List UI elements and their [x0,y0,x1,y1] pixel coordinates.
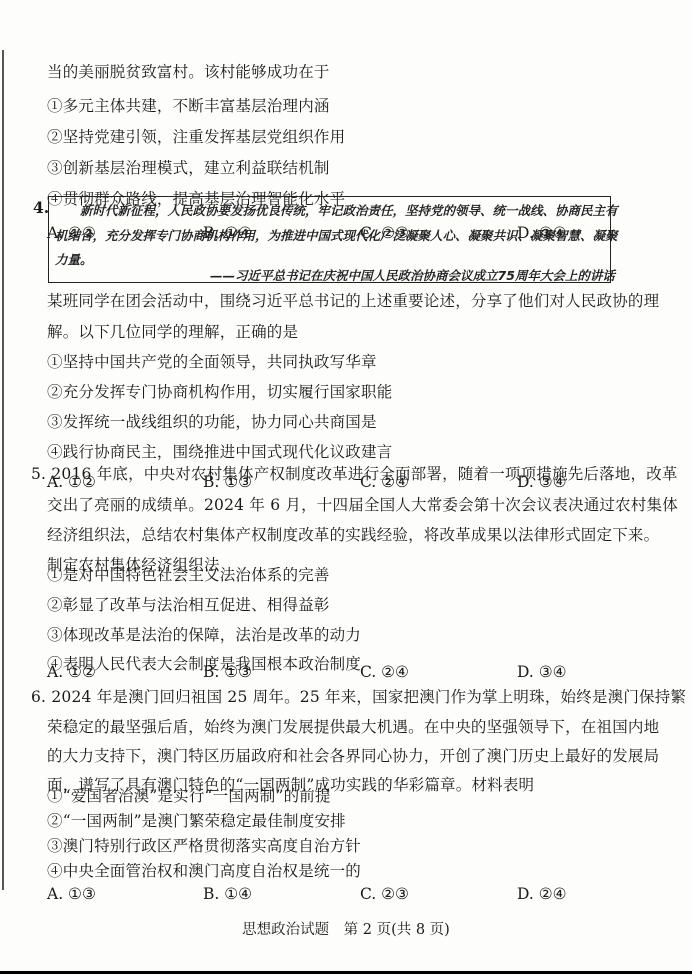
q6-option-a: A. ①③ [47,885,96,903]
q4-stem-line-2: 解。以下几位同学的理解，正确的是 [47,322,298,342]
q4-statement-2: ②充分发挥专门协商机构作用，切实履行国家职能 [47,382,392,402]
q6-statement-4: ④中央全面管治权和澳门高度自治权是统一的 [47,861,361,881]
q6-option-b: B. ①④ [203,885,252,903]
q3-statement-3: ③创新基层治理模式，建立利益联结机制 [47,158,330,178]
q5-stem-line-3: 经济组织法，总结农村集体产权制度改革的实践经验，将改革成果以法律形式固定下来。 [47,525,659,545]
q3-stem-end: 当的美丽脱贫致富村。该村能够成功在于 [47,62,330,82]
q4-quote-line-1: 新时代新征程，人民政协要发扬优良传统，牢记政治责任，坚持党的领导、统一战线、协商… [80,203,618,219]
q5-options: A. ①② B. ①③ C. ②④ D. ③④ [47,663,647,683]
q5-statement-3: ③体现改革是法治的保障，法治是改革的动力 [47,625,361,645]
q5-statement-2: ②彰显了改革与法治相互促进、相得益彰 [47,595,330,615]
q4-quote-line-2: 机结合，充分发挥专门协商机构作用，为推进中国式现代化广泛凝聚人心、凝聚共识、凝聚… [55,228,618,244]
q4-quote-line-3: 力量。 [55,252,93,268]
q5-stem-line-1: 5. 2016 年底，中央对农村集体产权制度改革进行全面部署，随着一项项措施先后… [31,464,678,484]
q6-stem-line-2: 荣稳定的最坚强后盾，始终为澳门发展提供最大机遇。在中央的坚强领导下，在祖国内地 [47,717,659,737]
page-bottom-border [0,971,692,974]
q3-statement-1: ①多元主体共建，不断丰富基层治理内涵 [47,96,330,116]
q4-number: 4. [33,198,49,217]
q5-option-c: C. ②④ [360,663,409,681]
q4-statement-4: ④践行协商民主，围绕推进中国式现代化议政建言 [47,442,392,462]
q6-statement-1: ①“爱国者治澳”是实行“一国两制”的前提 [47,786,331,806]
q4-stem-line-1: 某班同学在团会活动中，围绕习近平总书记的上述重要论述，分享了他们对人民政协的理 [47,291,659,311]
q6-statement-3: ③澳门特别行政区严格贯彻落实高度自治方针 [47,836,361,856]
q5-option-d: D. ③④ [517,663,567,681]
q5-option-a: A. ①② [47,663,96,681]
q4-quote-source: ——习近平总书记在庆祝中国人民政治协商会议成立75周年大会上的讲话 [210,268,615,284]
q6-statement-2: ②“一国两制”是澳门繁荣稳定最佳制度安排 [47,811,346,831]
q4-statement-1: ①坚持中国共产党的全面领导，共同执政写华章 [47,352,377,372]
q6-stem-line-3: 的大力支持下，澳门特区历届政府和社会各界同心协力，开创了澳门历史上最好的发展局 [47,746,659,766]
q6-option-c: C. ②③ [360,885,409,903]
q6-stem-line-1: 6. 2024 年是澳门回归祖国 25 周年。25 年来，国家把澳门作为掌上明珠… [31,687,686,707]
q5-statement-1: ①是对中国特色社会主义法治体系的完善 [47,565,330,585]
q5-stem-line-2: 交出了亮丽的成绩单。2024 年 6 月，十四届全国人大常委会第十次会议表决通过… [47,495,678,515]
q6-options: A. ①③ B. ①④ C. ②③ D. ②④ [47,885,647,905]
q4-statement-3: ③发挥统一战线组织的功能，协力同心共商国是 [47,412,377,432]
q3-statement-2: ②坚持党建引领，注重发挥基层党组织作用 [47,127,345,147]
page-footer: 思想政治试题 第 2 页(共 8 页) [0,918,692,939]
q6-option-d: D. ②④ [517,885,567,903]
q5-option-b: B. ①③ [203,663,252,681]
page-left-border [2,50,4,890]
